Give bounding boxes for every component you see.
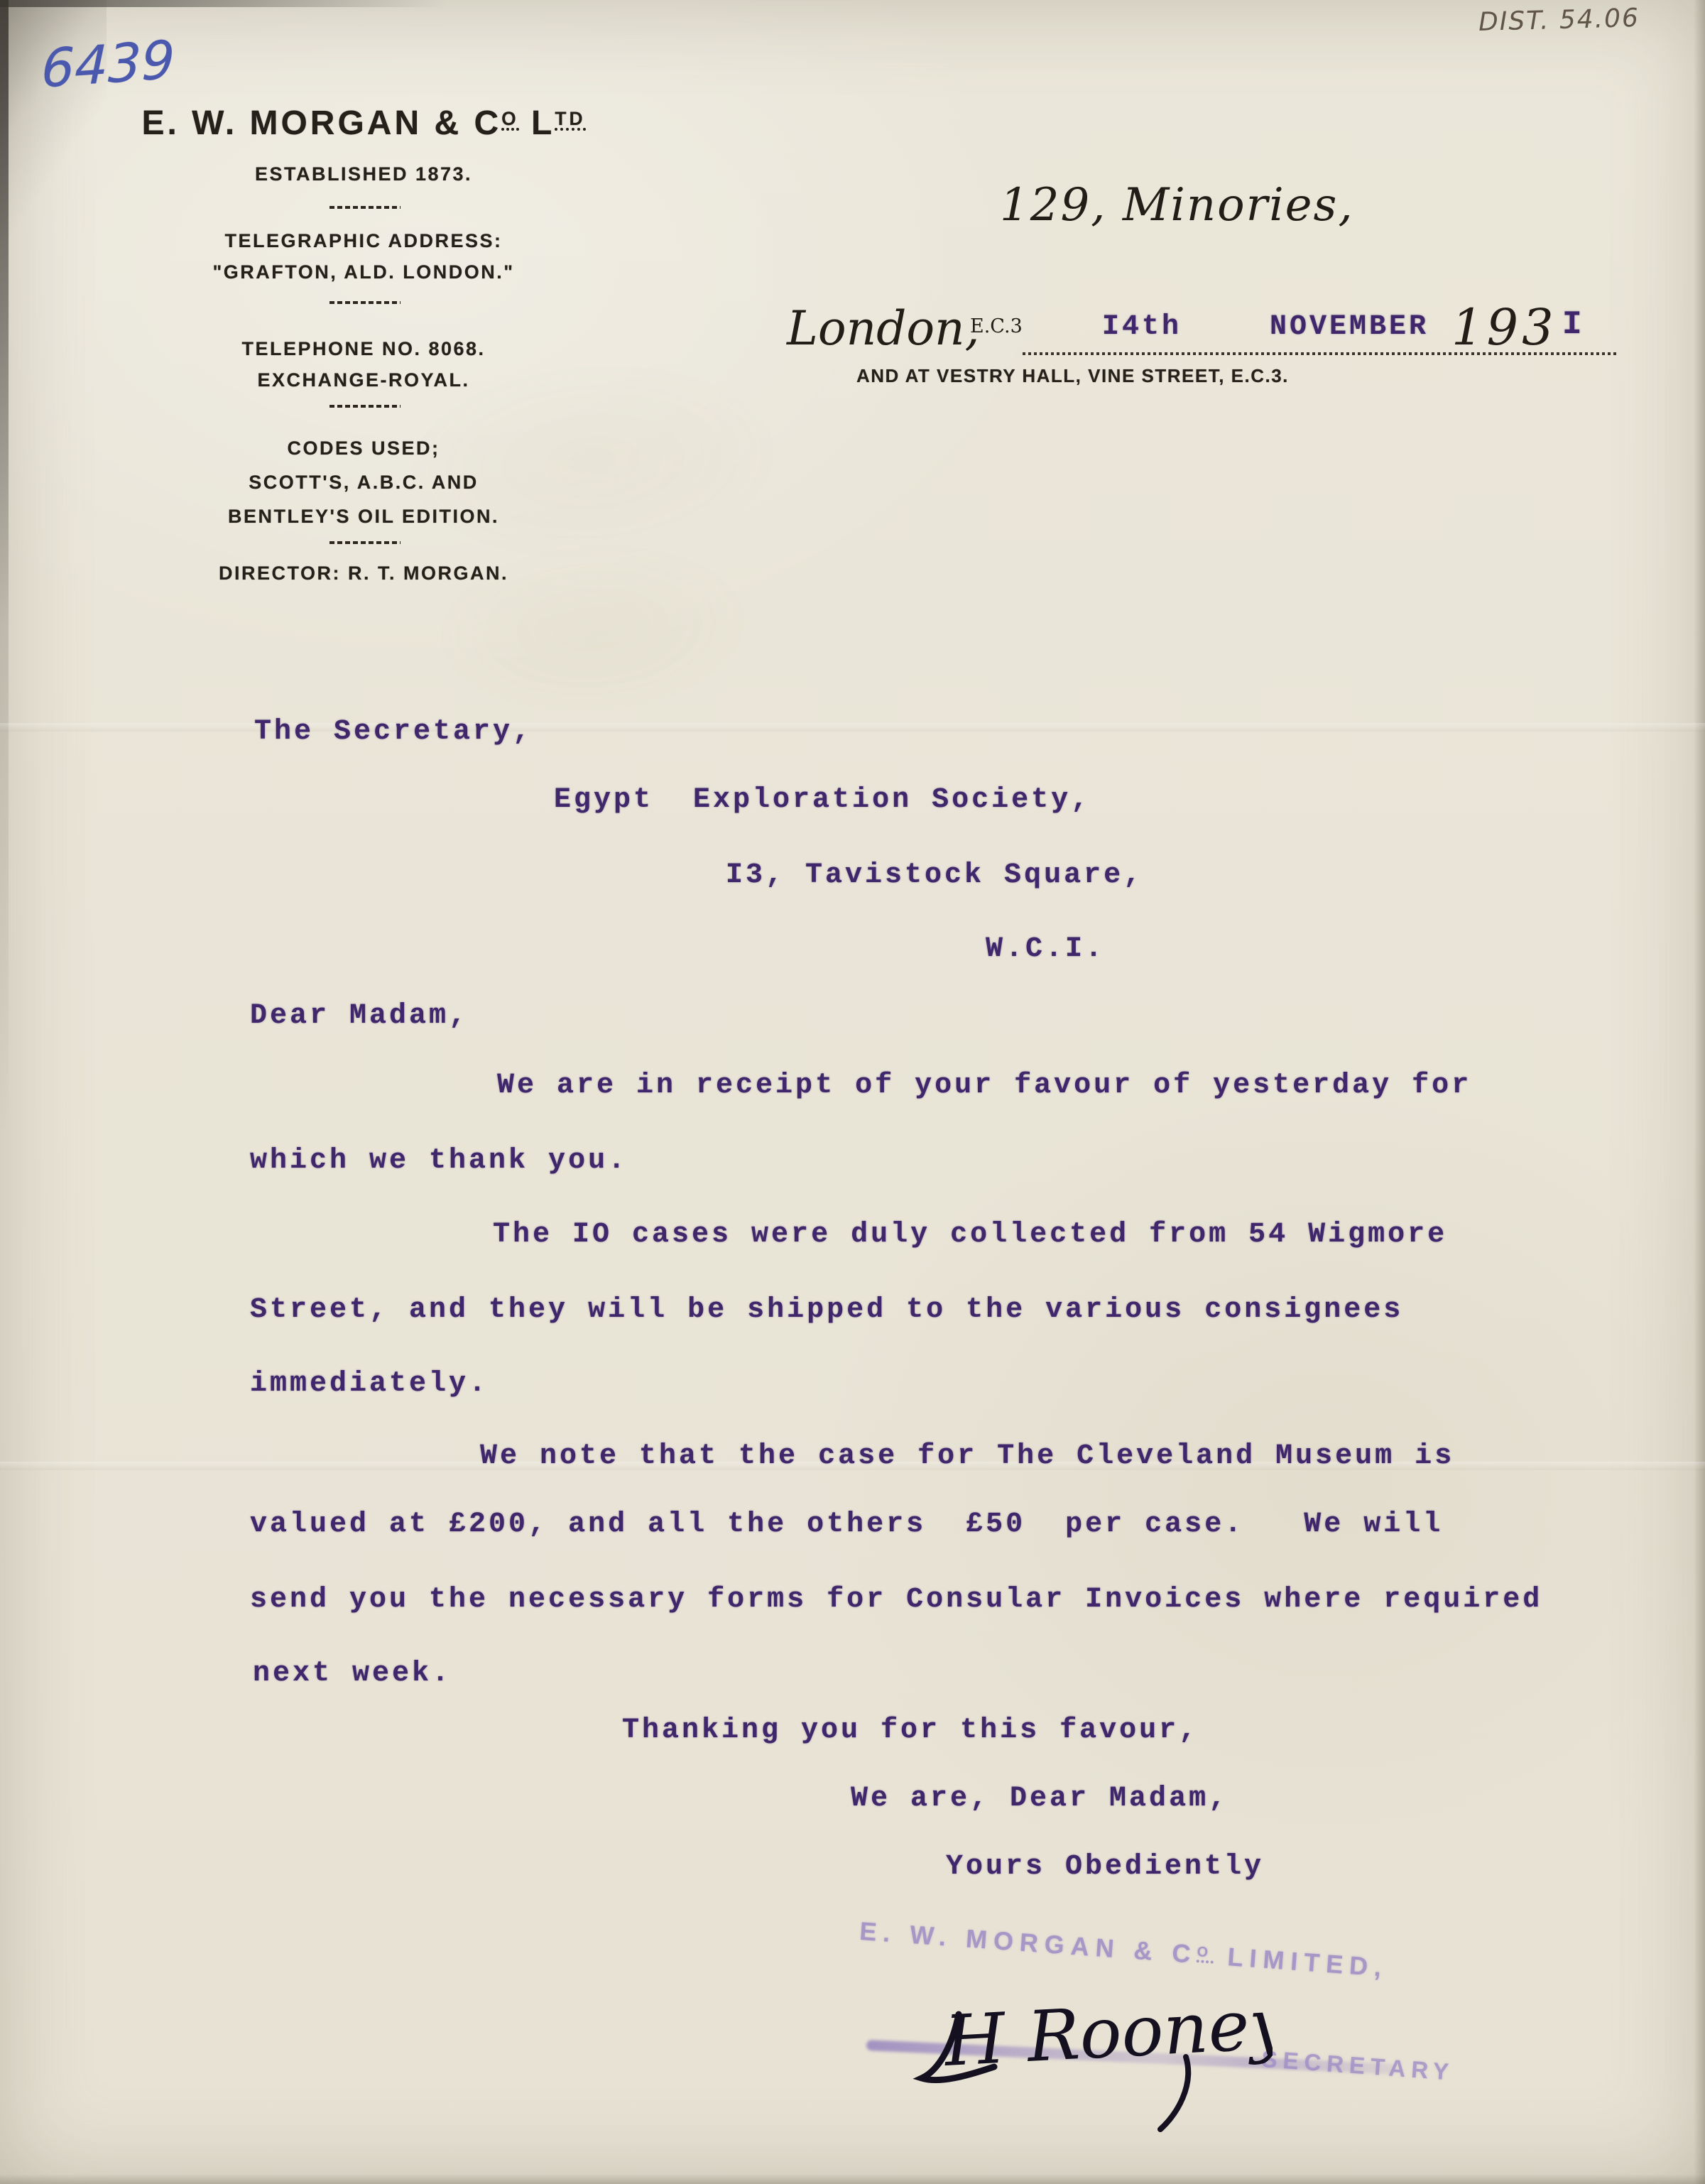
recipient-line-4: W.C.I. [986,933,1105,966]
postal-district: E.C.3 [970,315,1023,337]
telephone-line: TELEPHONE NO. 8068. [71,338,656,360]
scan-edge-right [1694,0,1705,2184]
letter-page: 6439 DIST. 54.06 E. W. MORGAN & CO LTD E… [0,0,1705,2184]
body-line-4: Street, and they will be shipped to the … [250,1294,1403,1327]
body-line-7: valued at £200, and all the others £50 p… [250,1509,1443,1541]
body-line-2: which we thank you. [250,1145,628,1178]
codes-line-2: BENTLEY'S OIL EDITION. [71,506,656,528]
letterhead-divider [329,206,401,209]
telegraphic-address-value: "GRAFTON, ALD. LONDON." [71,261,656,283]
letterhead-divider [329,301,401,304]
closing-line-3: Yours Obediently [946,1851,1264,1884]
body-line-8: send you the necessary forms for Consula… [250,1584,1542,1617]
exchange-line: EXCHANGE-ROYAL. [71,369,656,391]
codes-line-1: SCOTT'S, A.B.C. AND [71,472,656,494]
secretary-stamp: SECRETARY [1260,2046,1455,2086]
codes-used-label: CODES USED; [71,438,656,460]
signature-name: H Rooney [941,1984,1273,2082]
branch-address-line: AND AT VESTRY HALL, VINE STREET, E.C.3. [856,365,1289,387]
letterhead-divider [329,541,401,544]
closing-line-1: Thanking you for this favour, [622,1715,1199,1747]
typed-date-day: I4th [1102,311,1182,344]
salutation: Dear Madam, [250,1000,469,1033]
body-line-1: We are in receipt of your favour of yest… [497,1070,1471,1102]
established-line: ESTABLISHED 1873. [71,163,656,185]
recipient-line-1: The Secretary, [254,716,533,749]
typed-date-month: NOVEMBER [1270,311,1429,344]
printed-year: 193 [1451,298,1557,357]
letterhead-divider [329,405,401,408]
stamp-co-superscript: O [1197,1945,1215,1963]
company-co-superscript: O [501,109,519,131]
street-address: 129, Minories, [1000,179,1354,232]
company-ltd-superscript: TD [555,109,585,131]
director-line: DIRECTOR: R. T. MORGAN. [71,563,656,585]
recipient-line-3: I3, Tavistock Square, [726,859,1143,892]
closing-line-2: We are, Dear Madam, [851,1783,1229,1815]
handwritten-dist-note: DIST. 54.06 [1478,4,1640,37]
scan-edge-bottom [0,2174,1705,2184]
body-line-3: The IO cases were duly collected from 54… [493,1219,1447,1251]
recipient-line-2: Egypt Exploration Society, [554,784,1091,817]
body-line-9: next week. [253,1658,452,1690]
bleed-through-smudge [420,528,766,729]
telegraphic-address-label: TELEGRAPHIC ADDRESS: [71,230,656,252]
company-name: E. W. MORGAN & CO LTD [71,104,656,143]
typed-year-digit: I [1562,308,1585,341]
handwritten-file-number: 6439 [40,29,175,99]
body-line-6: We note that the case for The Cleveland … [480,1440,1454,1473]
body-line-5: immediately. [250,1368,489,1401]
signature: H Rooney [903,1972,1273,2142]
city-name: London, [787,301,980,356]
